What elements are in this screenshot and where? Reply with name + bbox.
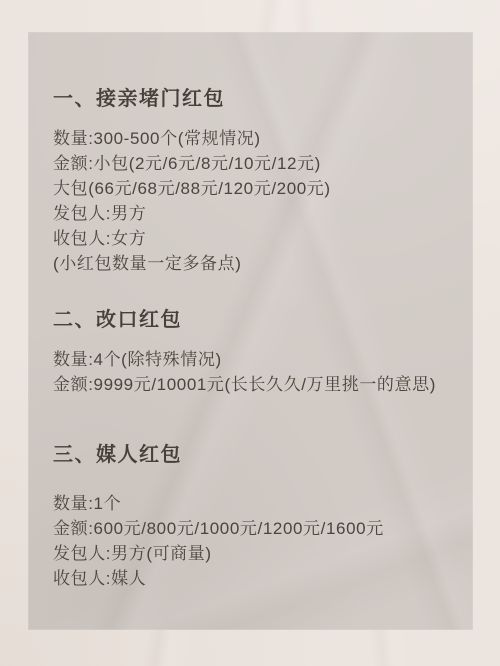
detail-line-amount: 金额:600元/800元/1000元/1200元/1600元 bbox=[53, 516, 447, 541]
detail-line-quantity: 数量:300-500个(常规情况) bbox=[53, 126, 447, 151]
detail-line-giver: 发包人:男方 bbox=[53, 201, 447, 226]
detail-line-giver: 发包人:男方(可商量) bbox=[53, 541, 447, 566]
detail-line-amount: 金额:9999元/10001元(长长久久/万里挑一的意思) bbox=[53, 372, 447, 397]
paper-panel: 一、接亲堵门红包 数量:300-500个(常规情况) 金额:小包(2元/6元/8… bbox=[28, 32, 473, 630]
section-door-blocking-redpacket: 一、接亲堵门红包 数量:300-500个(常规情况) 金额:小包(2元/6元/8… bbox=[53, 85, 447, 276]
detail-line-receiver: 收包人:女方 bbox=[53, 226, 447, 251]
detail-line-receiver: 收包人:媒人 bbox=[53, 566, 447, 591]
section-name-change-redpacket: 二、改口红包 数量:4个(除特殊情况) 金额:9999元/10001元(长长久久… bbox=[53, 306, 447, 397]
detail-line-quantity: 数量:4个(除特殊情况) bbox=[53, 347, 447, 372]
page-background: 一、接亲堵门红包 数量:300-500个(常规情况) 金额:小包(2元/6元/8… bbox=[0, 0, 500, 666]
section-matchmaker-redpacket: 三、媒人红包 数量:1个 金额:600元/800元/1000元/1200元/16… bbox=[53, 441, 447, 591]
detail-line-amount-small: 金额:小包(2元/6元/8元/10元/12元) bbox=[53, 151, 447, 176]
section-heading: 一、接亲堵门红包 bbox=[53, 85, 447, 113]
detail-line-amount-large: 大包(66元/68元/88元/120元/200元) bbox=[53, 176, 447, 201]
detail-line-quantity: 数量:1个 bbox=[53, 491, 447, 516]
detail-line-note: (小红包数量一定多备点) bbox=[53, 251, 447, 276]
section-heading: 三、媒人红包 bbox=[53, 441, 447, 469]
section-heading: 二、改口红包 bbox=[53, 306, 447, 334]
